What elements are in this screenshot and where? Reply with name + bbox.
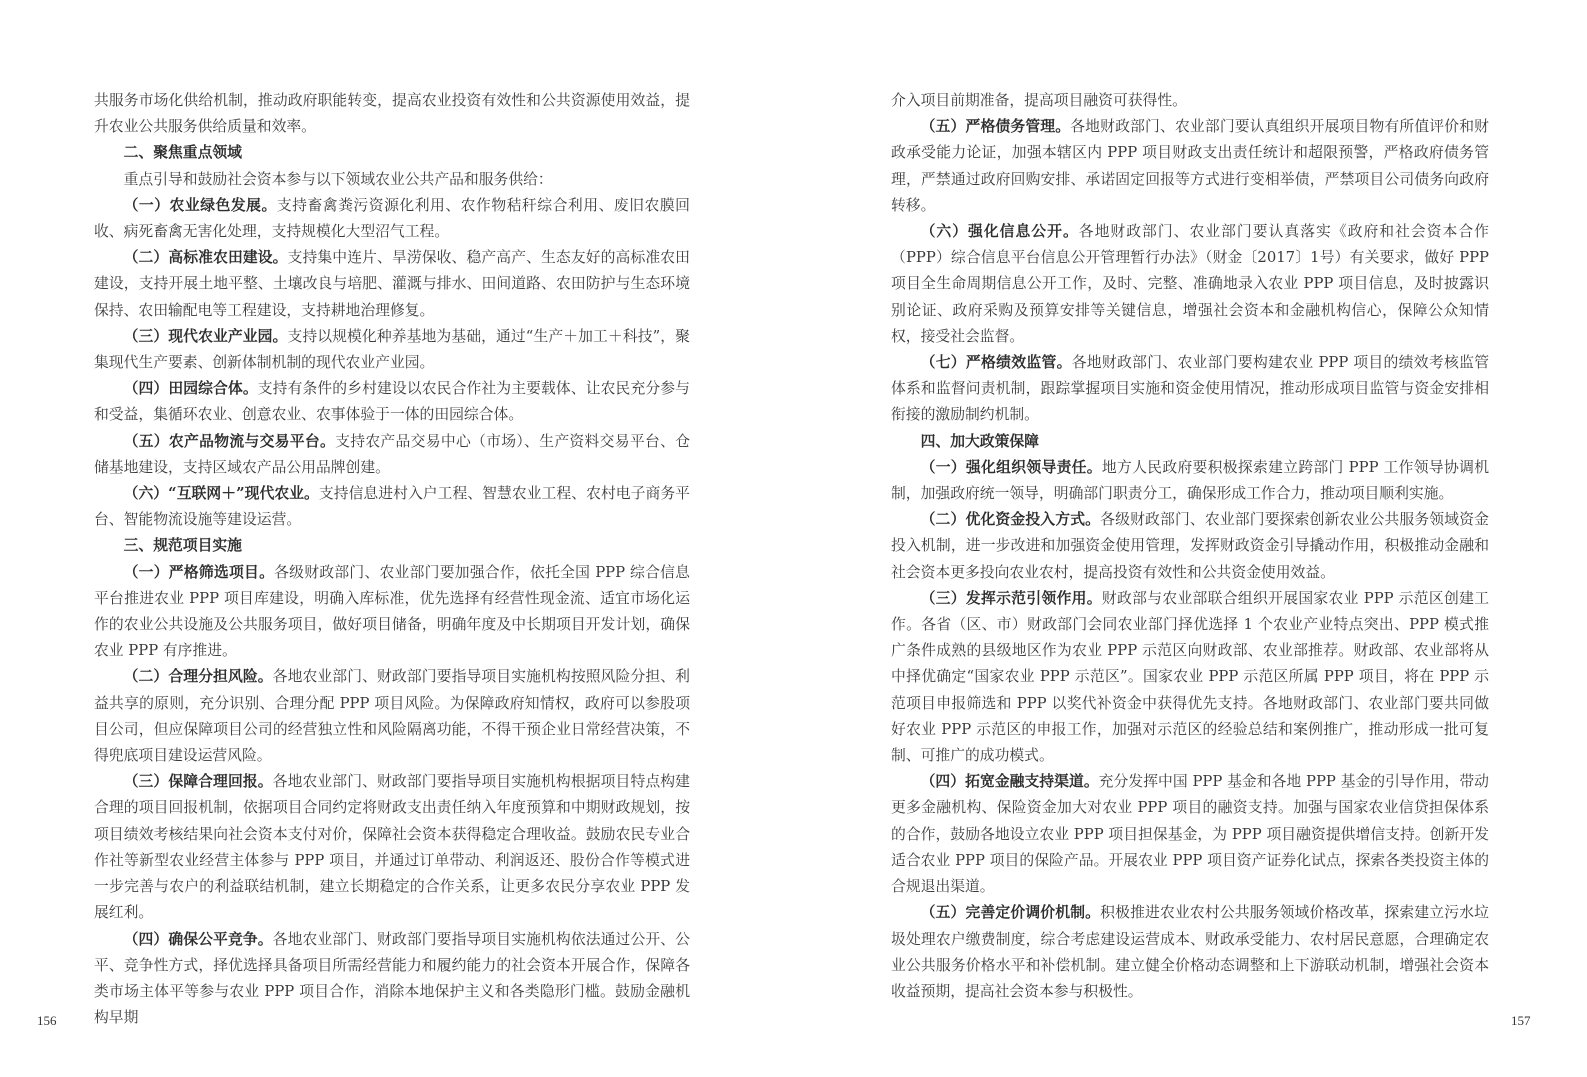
paragraph-item: （四）拓宽金融支持渠道。充分发挥中国 PPP 基金和各地 PPP 基金的引导作用… [891,769,1489,900]
item-lead: （六）“互联网＋”现代农业。 [124,485,319,502]
paragraph-item: （二）高标准农田建设。支持集中连片、旱涝保收、稳产高产、生态友好的高标准农田建设… [94,245,690,324]
section-heading: 二、聚焦重点领域 [94,140,690,166]
paragraph-continuation: 共服务市场化供给机制，推动政府职能转变，提高农业投资有效性和公共资源使用效益，提… [94,88,690,140]
item-lead: （五）严格债务管理。 [921,118,1071,135]
paragraph-continuation: 介入项目前期准备，提高项目融资可获得性。 [891,88,1489,114]
paragraph-item: （五）农产品物流与交易平台。支持农产品交易中心（市场）、生产资料交易平台、仓储基… [94,429,690,481]
paragraph-item: （五）严格债务管理。各地财政部门、农业部门要认真组织开展项目物有所值评价和财政承… [891,114,1489,219]
item-lead: （一）农业绿色发展。 [124,197,277,214]
paragraph-item: （一）强化组织领导责任。地方人民政府要积极探索建立跨部门 PPP 工作领导协调机… [891,455,1489,507]
item-lead: （一）强化组织领导责任。 [921,459,1102,476]
right-page: 介入项目前期准备，提高项目融资可获得性。 （五）严格债务管理。各地财政部门、农业… [891,88,1489,1005]
item-lead: （二）合理分担风险。 [124,668,273,685]
item-lead: （七）严格绩效监管。 [921,354,1072,371]
paragraph-text: 介入项目前期准备，提高项目融资可获得性。 [891,92,1187,109]
left-page: 共服务市场化供给机制，推动政府职能转变，提高农业投资有效性和公共资源使用效益，提… [94,88,690,1031]
paragraph-item: （六）“互联网＋”现代农业。支持信息进村入户工程、智慧农业工程、农村电子商务平台… [94,481,690,533]
item-text: 各地农业部门、财政部门要指导项目实施机构根据项目特点构建合理的项目回报机制，依据… [94,773,690,921]
paragraph-item: （六）强化信息公开。各地财政部门、农业部门要认真落实《政府和社会资本合作（PPP… [891,219,1489,350]
item-lead: （三）现代农业产业园。 [124,328,288,345]
paragraph: 重点引导和鼓励社会资本参与以下领域农业公共产品和服务供给： [94,167,690,193]
section-heading: 三、规范项目实施 [94,533,690,559]
item-lead: （五）农产品物流与交易平台。 [124,433,336,450]
item-text: 各地财政部门、农业部门要认真落实《政府和社会资本合作（PPP）综合信息平台信息公… [891,223,1489,345]
item-lead: （四）拓宽金融支持渠道。 [921,773,1099,790]
item-text: 财政部与农业部联合组织开展国家农业 PPP 示范区创建工作。各省（区、市）财政部… [891,590,1489,764]
item-lead: （二）高标准农田建设。 [124,249,288,266]
section-heading: 四、加大政策保障 [891,429,1489,455]
item-text: 充分发挥中国 PPP 基金和各地 PPP 基金的引导作用，带动更多金融机构、保险… [891,773,1489,895]
paragraph-item: （四）田园综合体。支持有条件的乡村建设以农民合作社为主要载体、让农民充分参与和受… [94,376,690,428]
paragraph-item: （五）完善定价调价机制。积极推进农业农村公共服务领域价格改革，探索建立污水垃圾处… [891,900,1489,1005]
page-number-left: 156 [37,1013,57,1029]
item-lead: （四）确保公平竞争。 [124,931,273,948]
paragraph-item: （七）严格绩效监管。各地财政部门、农业部门要构建农业 PPP 项目的绩效考核监管… [891,350,1489,429]
paragraph-item: （四）确保公平竞争。各地农业部门、财政部门要指导项目实施机构依法通过公开、公平、… [94,927,690,1032]
paragraph-item: （三）现代农业产业园。支持以规模化种养基地为基础，通过“生产＋加工＋科技”，聚集… [94,324,690,376]
paragraph-text: 重点引导和鼓励社会资本参与以下领域农业公共产品和服务供给： [124,171,553,188]
paragraph-item: （三）保障合理回报。各地农业部门、财政部门要指导项目实施机构根据项目特点构建合理… [94,769,690,926]
paragraph-item: （一）农业绿色发展。支持畜禽粪污资源化利用、农作物秸秆综合利用、废旧农膜回收、病… [94,193,690,245]
item-lead: （三）保障合理回报。 [124,773,273,790]
paragraph-item: （二）合理分担风险。各地农业部门、财政部门要指导项目实施机构按照风险分担、利益共… [94,664,690,769]
item-lead: （一）严格筛选项目。 [124,564,275,581]
item-lead: （五）完善定价调价机制。 [921,904,1101,921]
item-lead: （六）强化信息公开。 [921,223,1079,240]
paragraph-item: （一）严格筛选项目。各级财政部门、农业部门要加强合作，依托全国 PPP 综合信息… [94,560,690,665]
paragraph-item: （二）优化资金投入方式。各级财政部门、农业部门要探索创新农业公共服务领域资金投入… [891,507,1489,586]
paragraph-text: 共服务市场化供给机制，推动政府职能转变，提高农业投资有效性和公共资源使用效益，提… [94,92,690,135]
page-number-right: 157 [1511,1013,1531,1029]
paragraph-item: （三）发挥示范引领作用。财政部与农业部联合组织开展国家农业 PPP 示范区创建工… [891,586,1489,769]
item-lead: （四）田园综合体。 [124,380,258,397]
item-lead: （三）发挥示范引领作用。 [921,590,1102,607]
item-lead: （二）优化资金投入方式。 [921,511,1101,528]
